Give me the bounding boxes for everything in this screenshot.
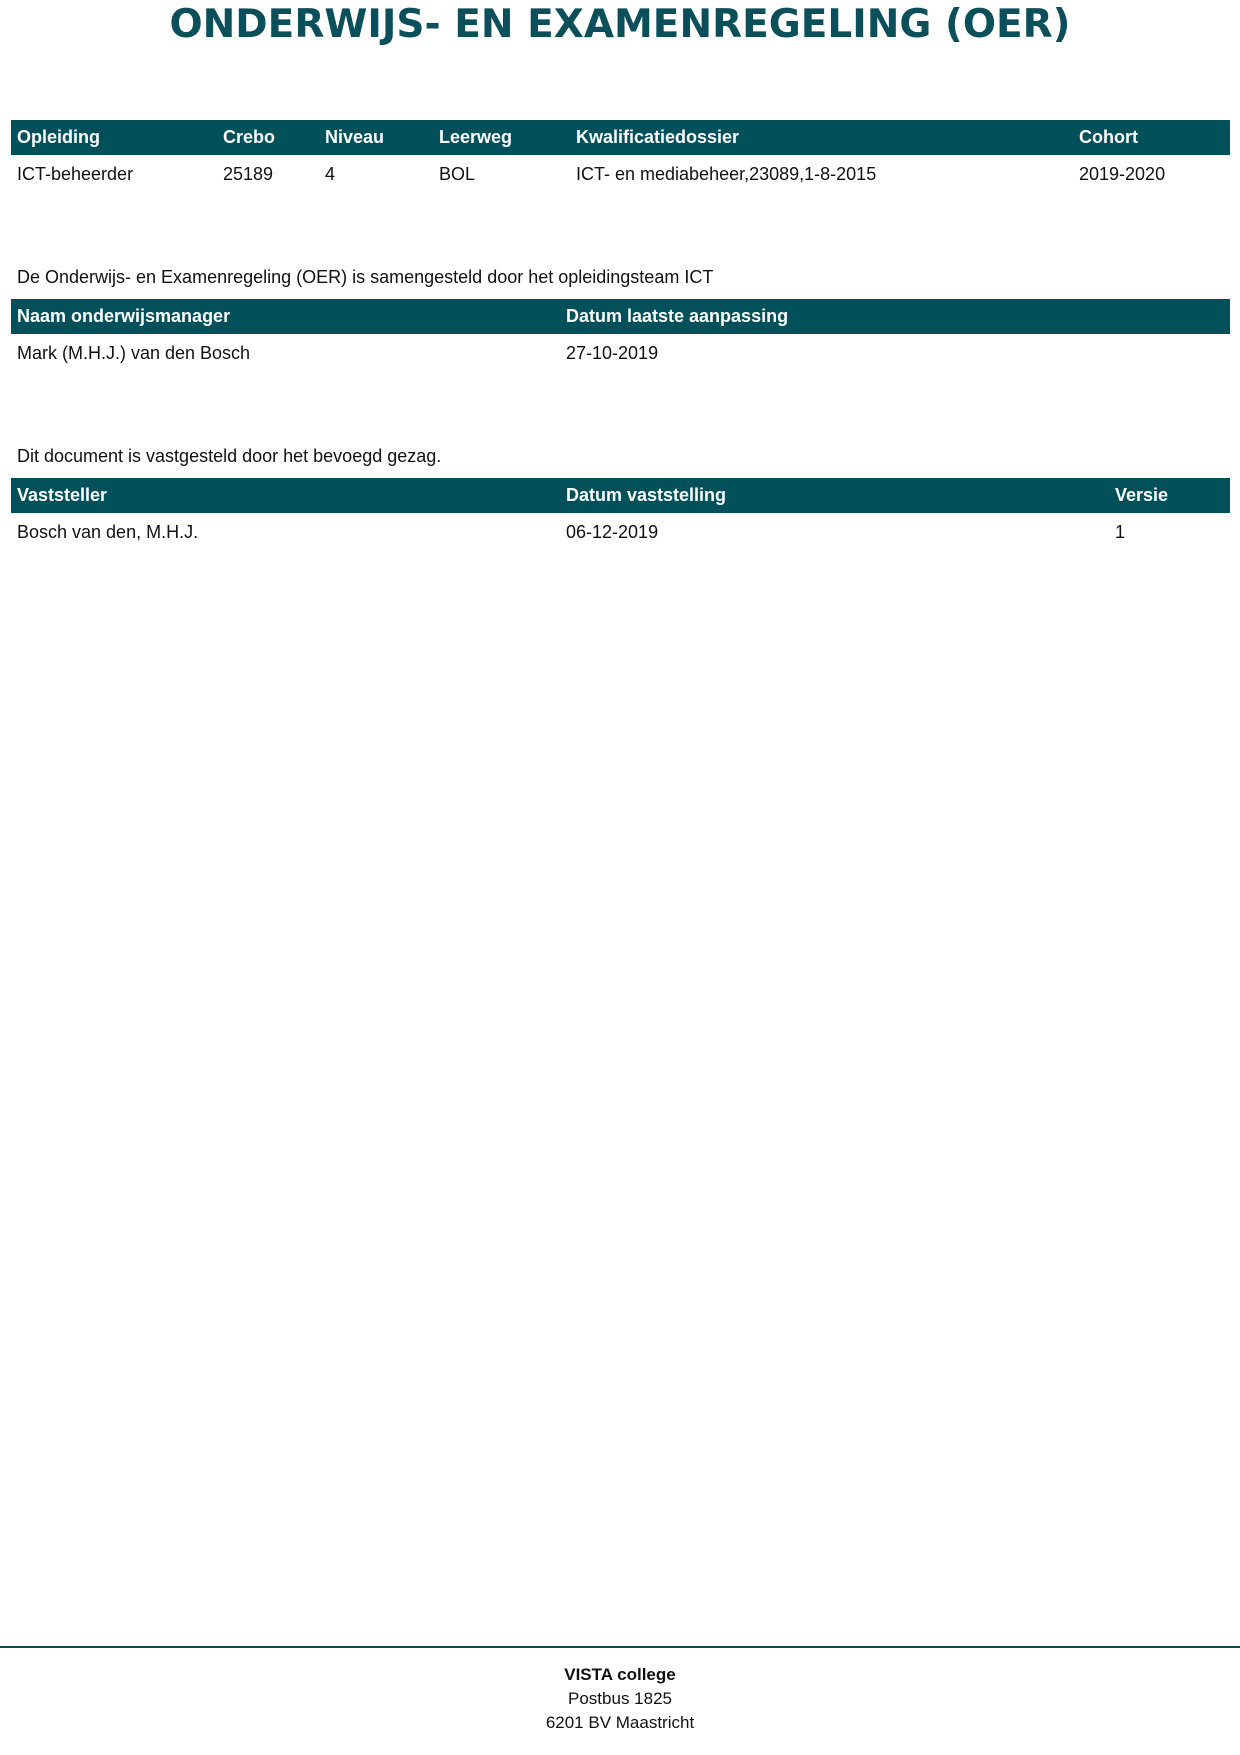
footer: VISTA college Postbus 1825 6201 BV Maast…: [0, 1663, 1240, 1735]
cell-kwalificatiedossier: ICT- en mediabeheer,23089,1-8-2015: [570, 155, 1073, 193]
column-header-crebo: Crebo: [217, 120, 319, 155]
column-header-naam-onderwijsmanager: Naam onderwijsmanager: [11, 299, 560, 334]
cell-versie: 1: [1109, 513, 1230, 551]
composition-intro: De Onderwijs- en Examenregeling (OER) is…: [17, 267, 713, 288]
table-row: ICT-beheerder 25189 4 BOL ICT- en mediab…: [11, 155, 1230, 193]
column-header-kwalificatiedossier: Kwalificatiedossier: [570, 120, 1073, 155]
table-header-row: Opleiding Crebo Niveau Leerweg Kwalifica…: [11, 120, 1230, 155]
cell-datum-laatste-aanpassing: 27-10-2019: [560, 334, 1230, 372]
column-header-versie: Versie: [1109, 478, 1230, 513]
cell-leerweg: BOL: [433, 155, 570, 193]
cell-naam-onderwijsmanager: Mark (M.H.J.) van den Bosch: [11, 334, 560, 372]
column-header-leerweg: Leerweg: [433, 120, 570, 155]
table-row: Bosch van den, M.H.J. 06-12-2019 1: [11, 513, 1230, 551]
cell-vaststeller: Bosch van den, M.H.J.: [11, 513, 560, 551]
cell-opleiding: ICT-beheerder: [11, 155, 217, 193]
footer-divider: [0, 1646, 1240, 1648]
footer-org-name: VISTA college: [0, 1663, 1240, 1687]
cell-niveau: 4: [319, 155, 433, 193]
column-header-niveau: Niveau: [319, 120, 433, 155]
adoption-intro: Dit document is vastgesteld door het bev…: [17, 446, 441, 467]
column-header-opleiding: Opleiding: [11, 120, 217, 155]
column-header-vaststeller: Vaststeller: [11, 478, 560, 513]
adoption-table: Vaststeller Datum vaststelling Versie Bo…: [11, 478, 1230, 551]
footer-address-line1: Postbus 1825: [0, 1687, 1240, 1711]
table-row: Mark (M.H.J.) van den Bosch 27-10-2019: [11, 334, 1230, 372]
column-header-datum-laatste-aanpassing: Datum laatste aanpassing: [560, 299, 1230, 334]
cell-cohort: 2019-2020: [1073, 155, 1230, 193]
page-title: ONDERWIJS- EN EXAMENREGELING (OER): [0, 0, 1240, 50]
table-header-row: Vaststeller Datum vaststelling Versie: [11, 478, 1230, 513]
composition-table: Naam onderwijsmanager Datum laatste aanp…: [11, 299, 1230, 372]
column-header-datum-vaststelling: Datum vaststelling: [560, 478, 1109, 513]
program-table: Opleiding Crebo Niveau Leerweg Kwalifica…: [11, 120, 1230, 193]
cell-crebo: 25189: [217, 155, 319, 193]
cell-datum-vaststelling: 06-12-2019: [560, 513, 1109, 551]
table-header-row: Naam onderwijsmanager Datum laatste aanp…: [11, 299, 1230, 334]
column-header-cohort: Cohort: [1073, 120, 1230, 155]
footer-address-line2: 6201 BV Maastricht: [0, 1711, 1240, 1735]
